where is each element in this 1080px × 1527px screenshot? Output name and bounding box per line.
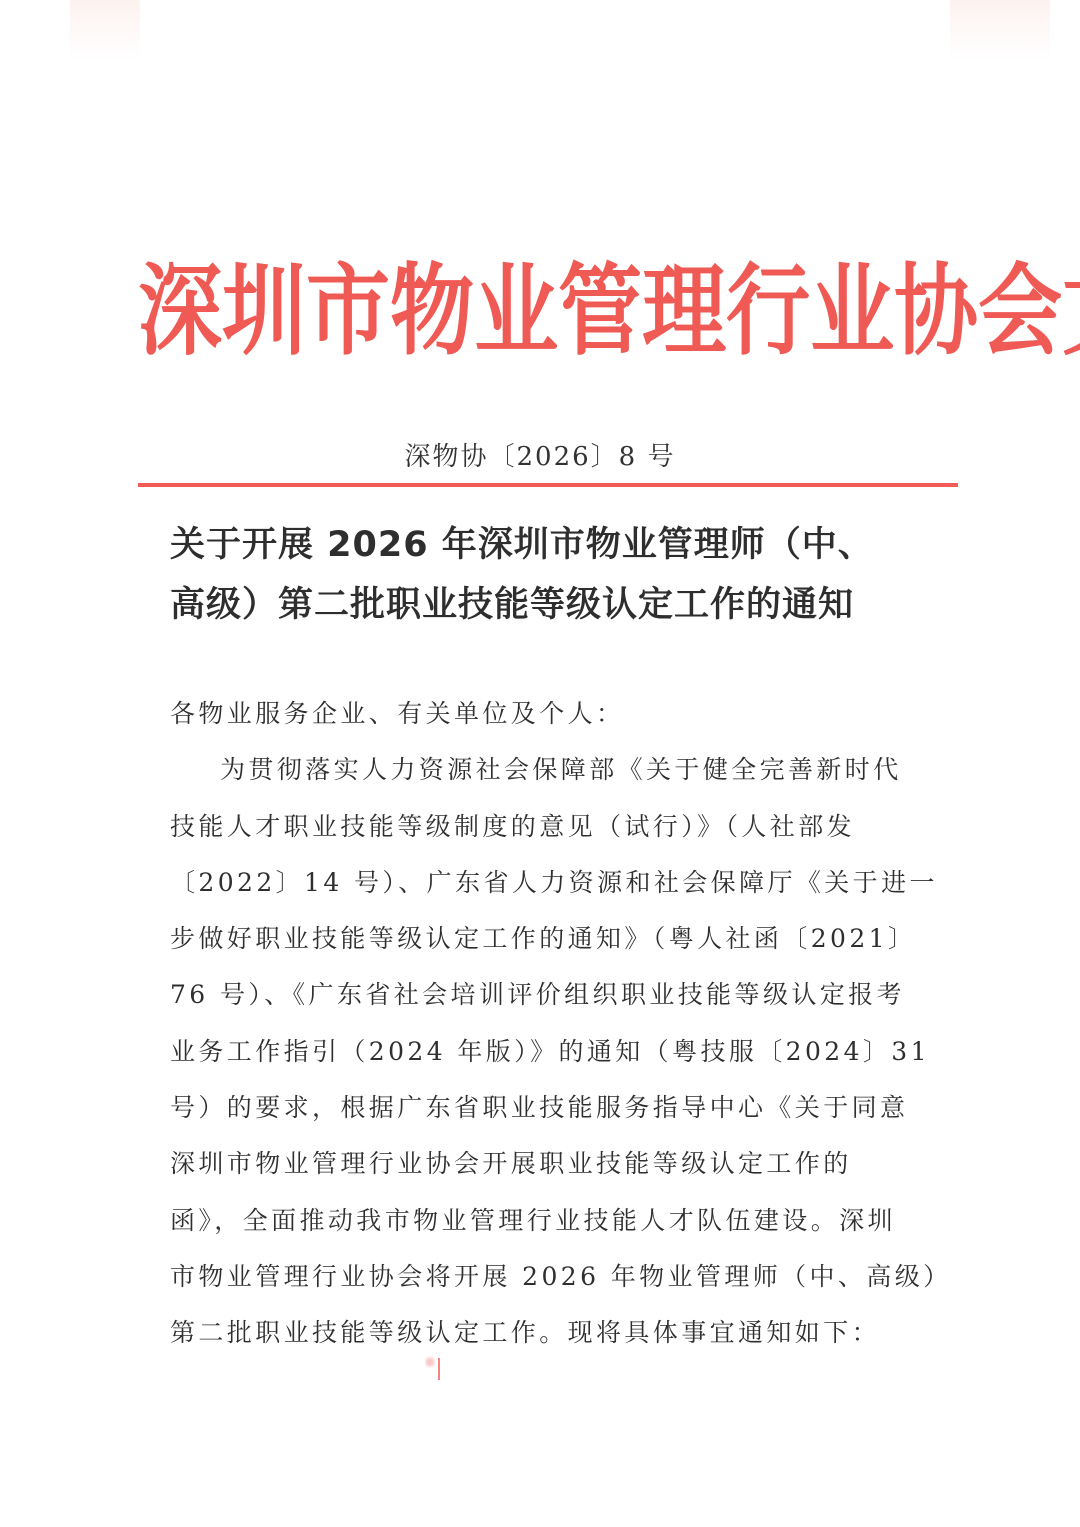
notice-title: 关于开展 2026 年深圳市物业管理师（中、 高级）第二批职业技能等级认定工作的… <box>170 515 940 635</box>
title-line: 关于开展 2026 年深圳市物业管理师（中、 <box>170 515 940 575</box>
stamp-residue-mark <box>425 1352 435 1372</box>
heading-char: 会 <box>978 263 1062 362</box>
heading-char: 业 <box>474 263 558 362</box>
heading-char: 文 <box>1062 263 1080 362</box>
salutation: 各物业服务企业、有关单位及个人： <box>170 686 930 742</box>
red-divider-rule <box>138 483 958 487</box>
heading-char: 理 <box>642 263 726 362</box>
paragraph-line: 函》，全面推动我市物业管理行业技能人才队伍建设。深圳 <box>170 1193 930 1249</box>
paragraph-line: 业务工作指引（2024 年版）》的通知（粤技服〔2024〕31 <box>170 1024 930 1080</box>
heading-char: 物 <box>390 263 474 362</box>
paragraph-line: 76 号）、《广东省社会培训评价组织职业技能等级认定报考 <box>170 967 930 1023</box>
paragraph-line: 号）的要求，根据广东省职业技能服务指导中心《关于同意 <box>170 1080 930 1136</box>
heading-char: 深 <box>138 263 222 362</box>
heading-char: 协 <box>894 263 978 362</box>
paragraph-line: 第二批职业技能等级认定工作。现将具体事宜通知如下： <box>170 1305 930 1361</box>
organization-document-heading: 深 圳 市 物 业 管 理 行 业 协 会 文 件 <box>138 245 960 381</box>
stamp-residue-line <box>438 1358 440 1380</box>
scan-edge-shadow-right <box>950 0 1050 60</box>
heading-char: 行 <box>726 263 810 362</box>
notice-body: 各物业服务企业、有关单位及个人： 为贯彻落实人力资源社会保障部《关于健全完善新时… <box>170 686 930 1362</box>
scan-edge-shadow-left <box>70 0 140 60</box>
paragraph-line: 步做好职业技能等级认定工作的通知》（粤人社函〔2021〕 <box>170 911 930 967</box>
paragraph-line: 深圳市物业管理行业协会开展职业技能等级认定工作的 <box>170 1136 930 1192</box>
heading-char: 管 <box>558 263 642 362</box>
paragraph-line: 〔2022〕14 号）、广东省人力资源和社会保障厅《关于进一 <box>170 855 930 911</box>
title-line: 高级）第二批职业技能等级认定工作的通知 <box>170 575 940 635</box>
paragraph-line: 市物业管理行业协会将开展 2026 年物业管理师（中、高级） <box>170 1249 930 1305</box>
paragraph-line: 为贯彻落实人力资源社会保障部《关于健全完善新时代 <box>170 742 930 798</box>
paragraph-line: 技能人才职业技能等级制度的意见（试行）》（人社部发 <box>170 799 930 855</box>
heading-char: 市 <box>306 263 390 362</box>
document-number: 深物协〔2026〕8 号 <box>0 436 1080 473</box>
heading-char: 业 <box>810 263 894 362</box>
heading-char: 圳 <box>222 263 306 362</box>
